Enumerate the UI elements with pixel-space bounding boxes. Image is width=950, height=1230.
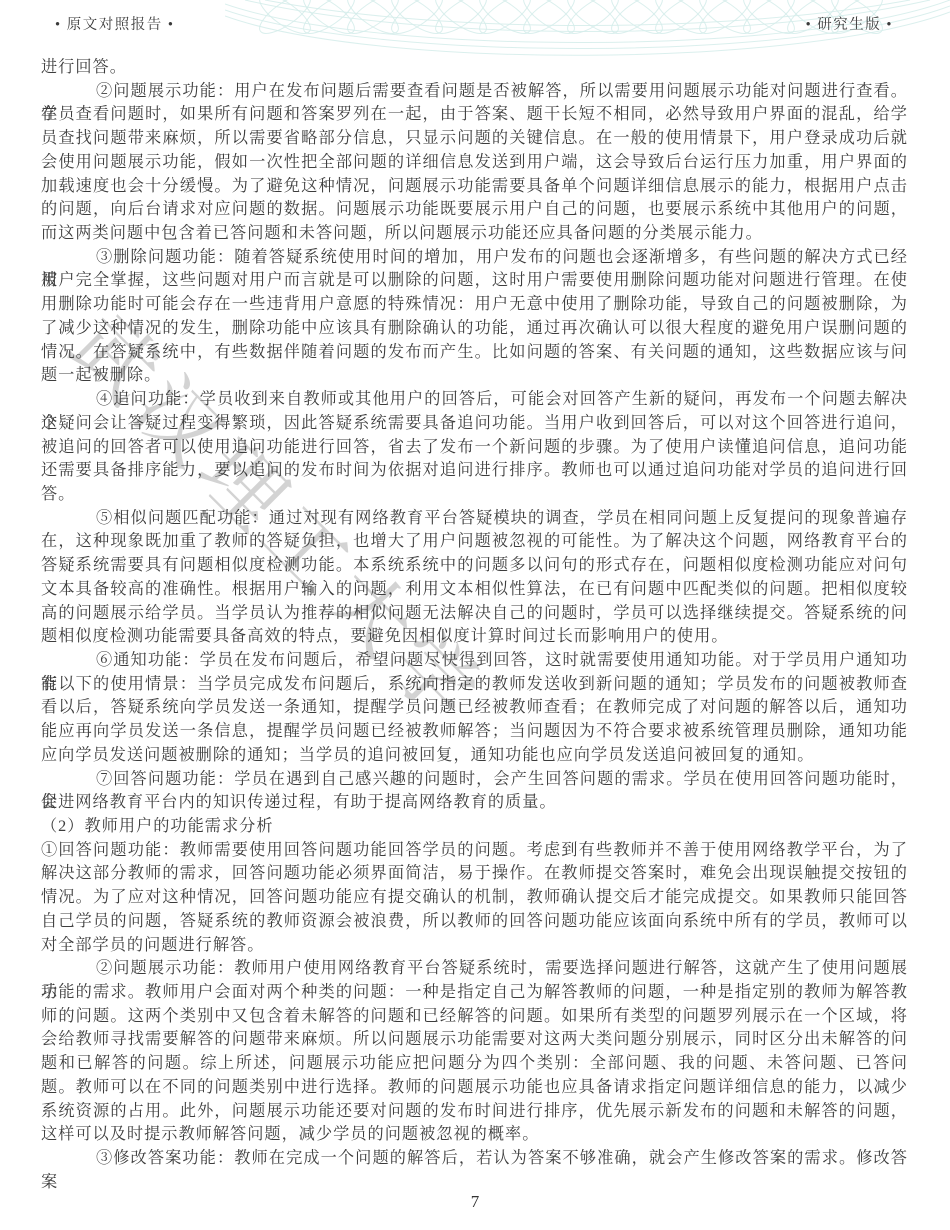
text-line: 题一起被删除。 <box>41 364 908 388</box>
text-line: 有以下的使用情景：当学员完成发布问题后，系统向指定的教师发送收到新问题的通知；学… <box>41 673 908 697</box>
text-line: ③删除问题功能：随着答疑系统使用时间的增加，用户发布的问题也会逐渐增多，有些问题… <box>41 246 908 270</box>
text-line: 的问题，向后台请求对应问题的数据。问题展示功能既要展示用户自己的问题，也要展示系… <box>41 198 908 222</box>
header-left-label: • 原文对照报告 • <box>55 13 174 34</box>
text-line: ②问题展示功能：教师用户使用网络教育平台答疑系统时，需要选择问题进行解答，这就产… <box>41 957 908 981</box>
text-line: ④追问功能：学员收到来自教师或其他用户的回答后，可能会对回答产生新的疑问，再发布… <box>41 388 908 412</box>
text-line: 答疑系统需要具有问题相似度检测功能。本系统系统中的问题多以问句的形式存在，问题相… <box>41 554 908 578</box>
text-line: 了减少这种情况的发生，删除功能中应该具有删除确认的功能，通过再次确认可以很大程度… <box>41 317 908 341</box>
text-line: ⑦回答问题功能：学员在遇到自己感兴趣的问题时，会产生回答问题的需求。学员在使用回… <box>41 768 908 792</box>
text-line: 高的问题展示给学员。当学员认为推荐的相似问题无法解决自己的问题时，学员可以选择继… <box>41 602 908 626</box>
text-line: ⑤相似问题匹配功能：通过对现有网络教育平台答疑模块的调查，学员在相同问题上反复提… <box>41 507 908 531</box>
text-line: 题相似度检测功能需要具备高效的特点，要避免因相似度计算时间过长而影响用户的使用。 <box>41 625 908 649</box>
report-page: • 原文对照报告 • • 研究生版 • 武汉理工大学 进行回答。②问题展示功能：… <box>0 0 950 1230</box>
text-line: 功能的需求。教师用户会面对两个种类的问题：一种是指定自己为解答教师的问题，一种是… <box>41 981 908 1005</box>
text-line: 这样可以及时提示教师解答问题，减少学员的问题被忽视的概率。 <box>41 1123 908 1147</box>
text-line: ⑥通知功能：学员在发布问题后，希望问题尽快得到回答，这时就需要使用通知功能。对于… <box>41 649 908 673</box>
text-line: 看以后，答疑系统向学员发送一条通知，提醒学员问题已经被教师查看；在教师完成了对问… <box>41 696 908 720</box>
text-line: 学员查看问题时，如果所有问题和答案罗列在一起，由于答案、题干长短不相同，必然导致… <box>41 103 908 127</box>
text-line: 对全部学员的问题进行解答。 <box>41 934 908 958</box>
text-line: 文本具备较高的准确性。根据用户输入的问题，利用文本相似性算法，在已有问题中匹配类… <box>41 578 908 602</box>
text-line: 能应再向学员发送一条信息，提醒学员问题已经被教师解答；当问题因为不符合要求被系统… <box>41 720 908 744</box>
text-line: 用删除功能时可能会存在一些违背用户意愿的特殊情况：用户无意中使用了删除功能，导致… <box>41 293 908 317</box>
text-line: 还需要具备排序能力，要以追问的发布时间为依据对追问进行排序。教师也可以通过追问功… <box>41 459 908 483</box>
guilloche-lattice <box>254 0 888 40</box>
text-line: 用户完全掌握，这些问题对用户而言就是可以删除的问题，这时用户需要使用删除问题功能… <box>41 269 908 293</box>
text-line: 情况。在答疑系统中，有些数据伴随着问题的发布而产生。比如问题的答案、有关问题的通… <box>41 341 908 365</box>
text-line: 被追问的回答者可以使用追问功能进行回答，省去了发布一个新问题的步骤。为了使用户读… <box>41 436 908 460</box>
text-line: 个疑问会让答疑过程变得繁琐，因此答疑系统需要具备追问功能。当用户收到回答后，可以… <box>41 412 908 436</box>
page-number: 7 <box>0 1192 950 1212</box>
header-right-label: • 研究生版 • <box>806 13 893 34</box>
text-line: （2）教师用户的功能需求分析 <box>41 815 908 839</box>
text-line: 答。 <box>41 483 908 507</box>
text-line: 会使用问题展示功能，假如一次性把全部问题的详细信息发送到用户端，这会导致后台运行… <box>41 151 908 175</box>
text-line: 题。教师可以在不同的问题类别中进行选择。教师的问题展示功能也应具备请求指定问题详… <box>41 1076 908 1100</box>
text-line: ③修改答案功能：教师在完成一个问题的解答后，若认为答案不够准确，就会产生修改答案… <box>41 1147 908 1171</box>
text-line: 进行回答。 <box>41 56 908 80</box>
text-line: 促进网络教育平台内的知识传递过程，有助于提高网络教育的质量。 <box>41 791 908 815</box>
text-line: 师的问题。这两个类别中又包含着未解答的问题和已经解答的问题。如果所有类型的问题罗… <box>41 1005 908 1029</box>
text-line: 在，这种现象既加重了教师的答疑负担，也增大了用户问题被忽视的可能性。为了解决这个… <box>41 530 908 554</box>
text-line: 会给教师寻找需要解答的问题带来麻烦。所以问题展示功能需要对这两大类问题分别展示，… <box>41 1028 908 1052</box>
text-line: 加载速度也会十分缓慢。为了避免这种情况，问题展示功能需要具备单个问题详细信息展示… <box>41 175 908 199</box>
text-line: 员查找问题带来麻烦，所以需要省略部分信息，只显示问题的关键信息。在一般的使用情景… <box>41 127 908 151</box>
text-line: ①回答问题功能：教师需要使用回答问题功能回答学员的问题。考虑到有些教师并不善于使… <box>41 839 908 863</box>
text-line: 而这两类问题中包含着已答问题和未答问题，所以问题展示功能还应具备问题的分类展示能… <box>41 222 908 246</box>
text-line: 情况。为了应对这种情况，回答问题功能应有提交确认的机制，教师确认提交后才能完成提… <box>41 886 908 910</box>
text-line: 系统资源的占用。此外，问题展示功能还要对问题的发布时间进行排序，优先展示新发布的… <box>41 1100 908 1124</box>
text-line: 解决这部分教师的需求，回答问题功能必须界面简洁，易于操作。在教师提交答案时，难免… <box>41 862 908 886</box>
text-line: 题和已解答的问题。综上所述，问题展示功能应把问题分为四个类别：全部问题、我的问题… <box>41 1052 908 1076</box>
text-line: 自己学员的问题，答疑系统的教师资源会被浪费，所以教师的回答问题功能应该面向系统中… <box>41 910 908 934</box>
text-line: 应向学员发送问题被删除的通知；当学员的追问被回复，通知功能也应向学员发送追问被回… <box>41 744 908 768</box>
text-line: ②问题展示功能：用户在发布问题后需要查看问题是否被解答，所以需要用问题展示功能对… <box>41 80 908 104</box>
body-text: 进行回答。②问题展示功能：用户在发布问题后需要查看问题是否被解答，所以需要用问题… <box>41 56 908 1171</box>
